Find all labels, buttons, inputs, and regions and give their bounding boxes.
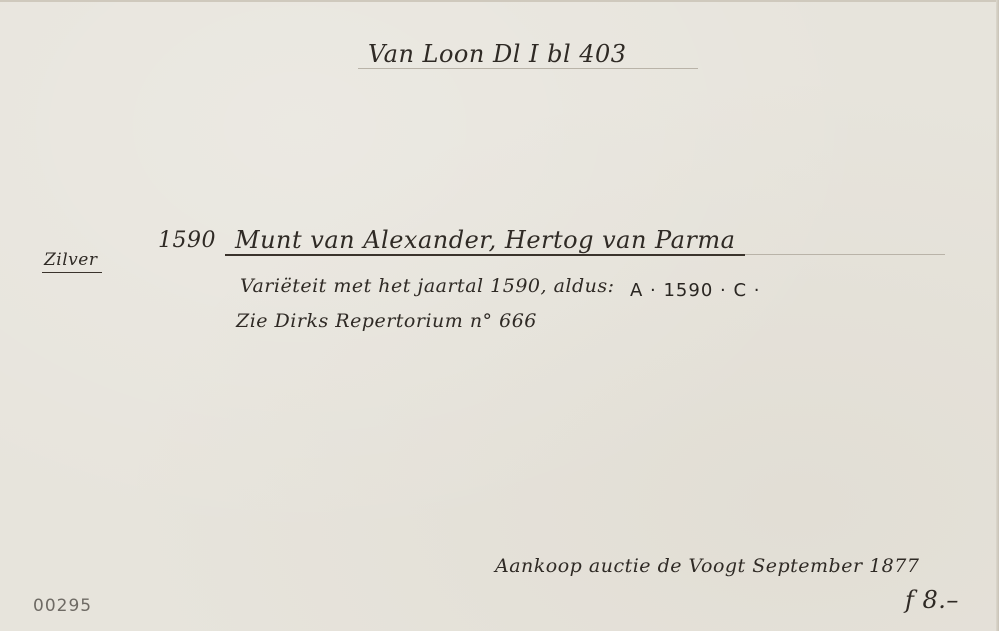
metal-underline (42, 272, 102, 273)
coin-title: Munt van Alexander, Hertog van Parma (235, 226, 735, 254)
reference-text: Van Loon Dl I bl 403 (368, 40, 627, 68)
catalogue-card: Van Loon Dl I bl 403 Zilver 1590 Munt va… (0, 0, 999, 631)
description-line-2: Zie Dirks Repertorium n° 666 (236, 310, 537, 332)
price-text: f 8.– (905, 586, 959, 614)
inventory-number: 00295 (33, 596, 92, 616)
title-pencil-rule (745, 254, 945, 255)
year-text: 1590 (158, 228, 216, 253)
card-top-edge (0, 0, 999, 2)
reference-rule (358, 68, 698, 69)
title-underline (225, 254, 745, 256)
acquisition-text: Aankoop auctie de Voogt September 1877 (495, 555, 919, 577)
legend-stamp: A · 1590 · C · (630, 280, 760, 301)
metal-label: Zilver (44, 250, 97, 270)
description-line-1: Variëteit met het jaartal 1590, aldus: (240, 275, 615, 297)
